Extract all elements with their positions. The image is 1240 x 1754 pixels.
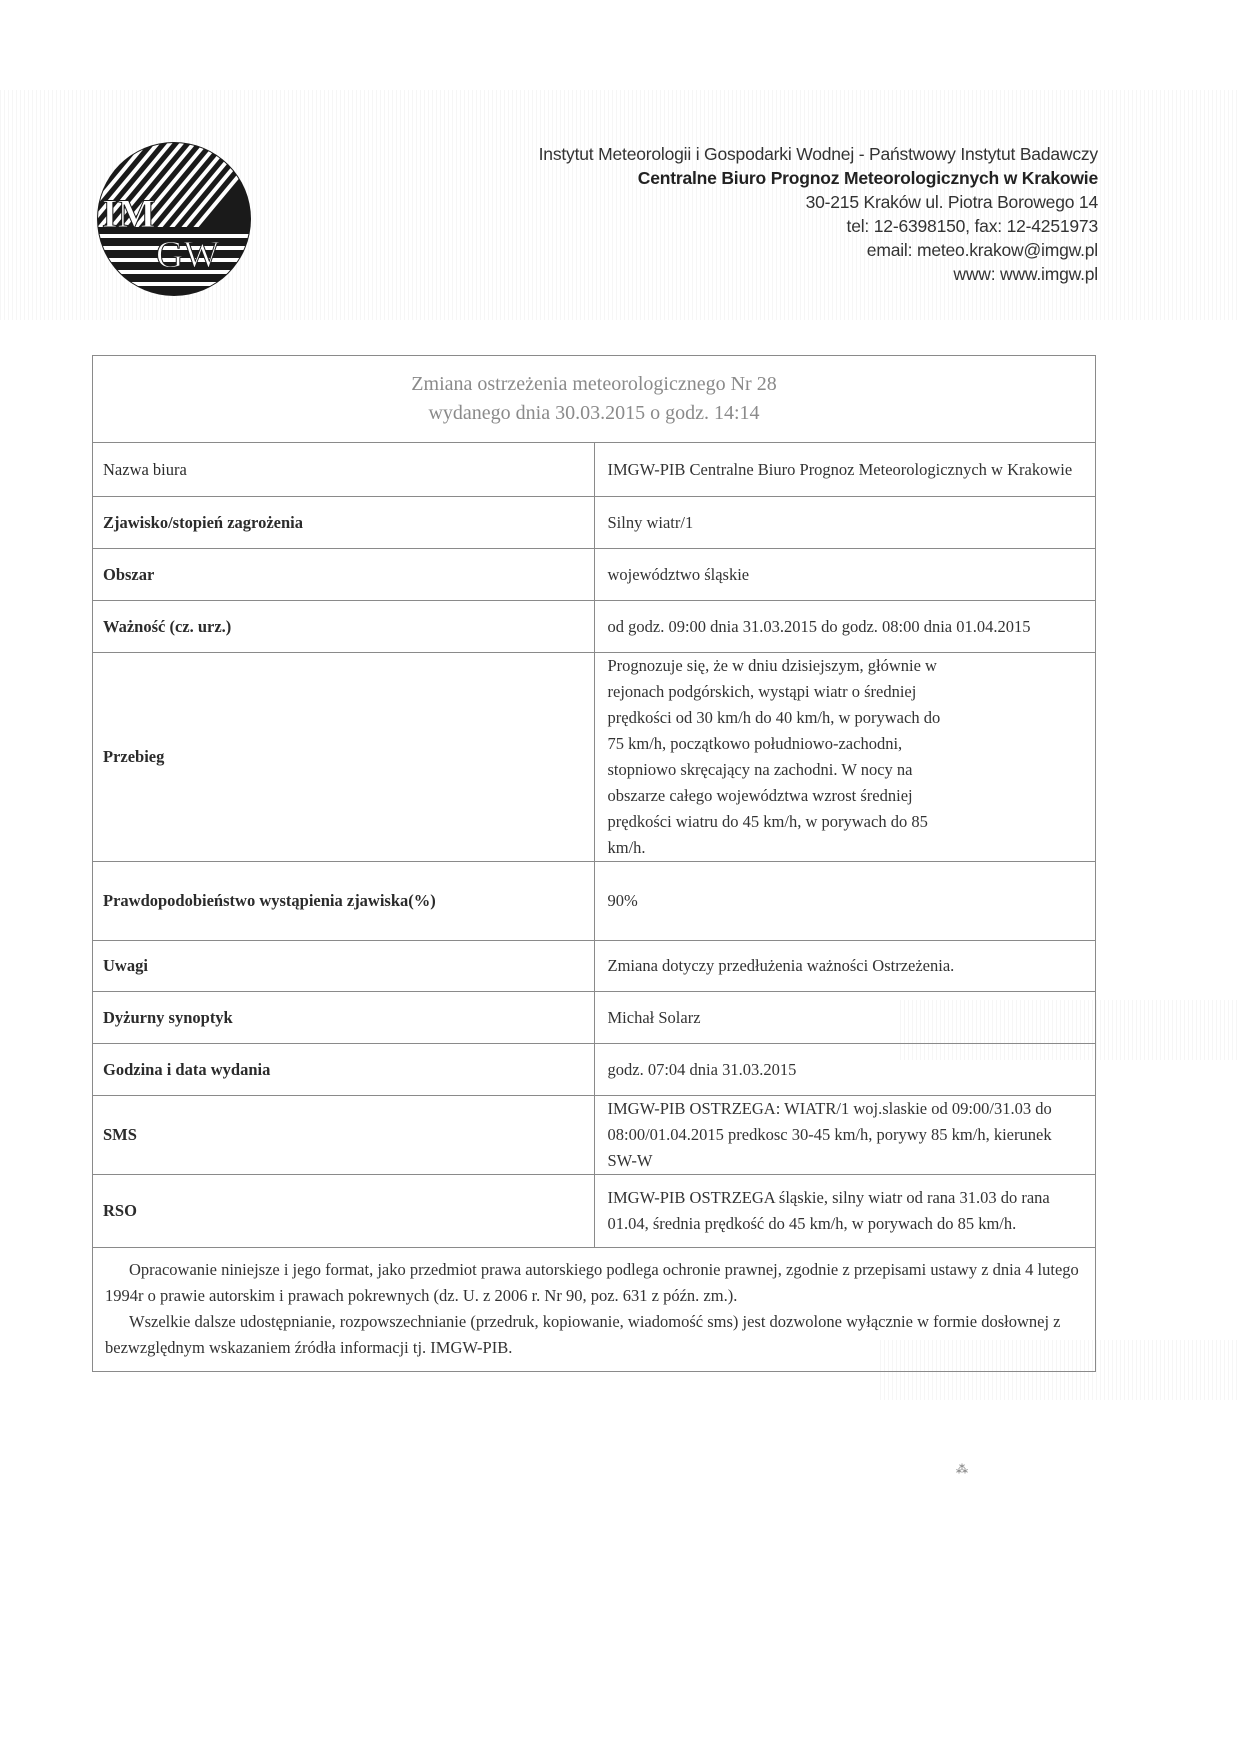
table-row: Godzina i data wydania godz. 07:04 dnia … [93, 1044, 1096, 1096]
row-label: Uwagi [93, 941, 595, 992]
warning-table: Zmiana ostrzeżenia meteorologicznego Nr … [92, 355, 1096, 1372]
warning-title-line1: Zmiana ostrzeżenia meteorologicznego Nr … [93, 370, 1095, 399]
row-label: Prawdopodobieństwo wystąpienia zjawiska(… [93, 862, 595, 941]
row-value: Prognozuje się, że w dniu dzisiejszym, g… [594, 653, 1096, 862]
table-row: Prawdopodobieństwo wystąpienia zjawiska(… [93, 862, 1096, 941]
warning-title-line2: wydanego dnia 30.03.2015 o godz. 14:14 [93, 399, 1095, 428]
table-row: Nazwa biura IMGW-PIB Centralne Biuro Pro… [93, 443, 1096, 497]
table-row: Zjawisko/stopień zagrożenia Silny wiatr/… [93, 497, 1096, 549]
footer-row: Opracowanie niniejsze i jego format, jak… [93, 1248, 1096, 1372]
table-row: Uwagi Zmiana dotyczy przedłużenia ważnoś… [93, 941, 1096, 992]
row-label: Zjawisko/stopień zagrożenia [93, 497, 595, 549]
row-value: województwo śląskie [594, 549, 1096, 601]
row-value: IMGW-PIB Centralne Biuro Prognoz Meteoro… [594, 443, 1096, 497]
row-value: od godz. 09:00 dnia 31.03.2015 do godz. … [594, 601, 1096, 653]
table-row: RSO IMGW-PIB OSTRZEGA śląskie, silny wia… [93, 1175, 1096, 1248]
office-name: Centralne Biuro Prognoz Meteorologicznyc… [539, 166, 1098, 190]
row-label: Przebieg [93, 653, 595, 862]
institute-name: Instytut Meteorologii i Gospodarki Wodne… [539, 142, 1098, 166]
email: email: meteo.krakow@imgw.pl [539, 238, 1098, 262]
row-label: RSO [93, 1175, 595, 1248]
row-value: 90% [594, 862, 1096, 941]
phone-fax: tel: 12-6398150, fax: 12-4251973 [539, 214, 1098, 238]
website: www: www.imgw.pl [539, 262, 1098, 286]
scan-artifact: ⁂ [956, 1462, 968, 1477]
row-label: Obszar [93, 549, 595, 601]
row-value: Silny wiatr/1 [594, 497, 1096, 549]
row-value: godz. 07:04 dnia 31.03.2015 [594, 1044, 1096, 1096]
table-row: Ważność (cz. urz.) od godz. 09:00 dnia 3… [93, 601, 1096, 653]
row-label: SMS [93, 1096, 595, 1175]
table-row: Dyżurny synoptyk Michał Solarz [93, 992, 1096, 1044]
letterhead: Instytut Meteorologii i Gospodarki Wodne… [539, 142, 1098, 286]
table-row: Obszar województwo śląskie [93, 549, 1096, 601]
row-value: Michał Solarz [594, 992, 1096, 1044]
distribution-notice: Wszelkie dalsze udostępnianie, rozpowsze… [105, 1309, 1083, 1361]
logo-text-im: IM [102, 191, 155, 236]
row-label: Nazwa biura [93, 443, 595, 497]
warning-title: Zmiana ostrzeżenia meteorologicznego Nr … [93, 356, 1096, 443]
row-value: IMGW-PIB OSTRZEGA: WIATR/1 woj.slaskie o… [594, 1096, 1096, 1175]
row-label: Dyżurny synoptyk [93, 992, 595, 1044]
table-row: SMS IMGW-PIB OSTRZEGA: WIATR/1 woj.slask… [93, 1096, 1096, 1175]
copyright-notice: Opracowanie niniejsze i jego format, jak… [105, 1257, 1083, 1309]
legal-notice: Opracowanie niniejsze i jego format, jak… [93, 1248, 1096, 1372]
row-label: Godzina i data wydania [93, 1044, 595, 1096]
row-value: IMGW-PIB OSTRZEGA śląskie, silny wiatr o… [594, 1175, 1096, 1248]
table-row: Przebieg Prognozuje się, że w dniu dzisi… [93, 653, 1096, 862]
imgw-logo-icon: IM GW [94, 139, 254, 299]
row-label: Ważność (cz. urz.) [93, 601, 595, 653]
row-value: Zmiana dotyczy przedłużenia ważności Ost… [594, 941, 1096, 992]
address: 30-215 Kraków ul. Piotra Borowego 14 [539, 190, 1098, 214]
title-row: Zmiana ostrzeżenia meteorologicznego Nr … [93, 356, 1096, 443]
logo-text-gw: GW [156, 234, 219, 276]
